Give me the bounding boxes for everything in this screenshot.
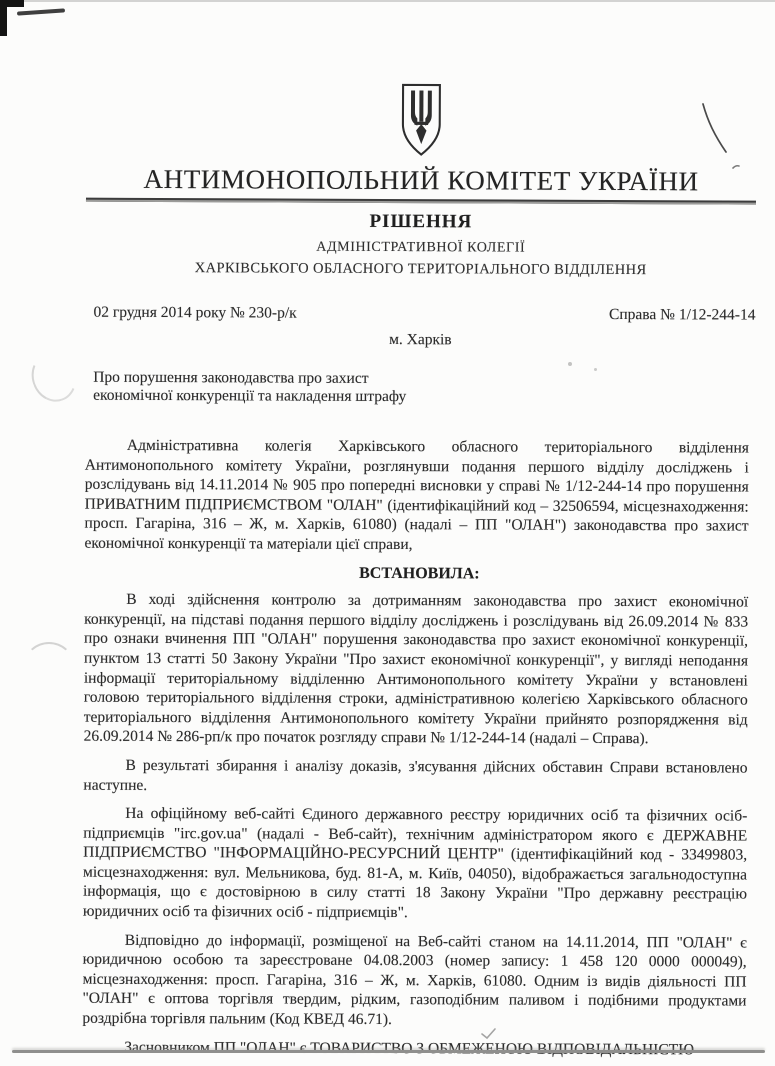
speck-mark (568, 362, 572, 366)
body-paragraph: Засновником ПП "ОЛАН" є ТОВАРИСТВО З ОБМ… (82, 1037, 746, 1059)
header-divider-rule (86, 198, 756, 205)
scanned-document-page: АНТИМОНОПОЛЬНИЙ КОМІТЕТ УКРАЇНИ РІШЕННЯ … (0, 0, 775, 1066)
collegium-line: АДМІНІСТРАТИВНОЇ КОЛЕГІЇ (86, 239, 756, 258)
subject-block: Про порушення законодавства про захист е… (85, 369, 755, 408)
smudge-mark (24, 642, 74, 688)
city-line: м. Харків (85, 330, 755, 351)
pen-stroke-mark (688, 96, 748, 191)
document-body: Адміністративна колегія Харківського обл… (82, 436, 755, 1060)
pen-tick-mark (480, 1027, 498, 1046)
body-paragraph: В результаті збирання і аналізу доказів,… (83, 756, 747, 798)
preamble-paragraph: Адміністративна колегія Харківського обл… (84, 436, 749, 556)
document-header: АНТИМОНОПОЛЬНИЙ КОМІТЕТ УКРАЇНИ РІШЕННЯ … (86, 81, 757, 280)
scan-bottom-edge-line (12, 1050, 765, 1053)
organization-title: АНТИМОНОПОЛЬНИЙ КОМІТЕТ УКРАЇНИ (86, 164, 756, 198)
date-and-number: 02 грудня 2014 року № 230-р/к (93, 304, 296, 323)
scan-corner-mark (0, 0, 24, 7)
body-paragraph: На офіційному веб-сайті Єдиного державно… (83, 804, 748, 924)
body-paragraph: Відповідно до інформації, розміщеної на … (82, 930, 746, 1031)
territorial-division-line: ХАРКІВСЬКОГО ОБЛАСНОГО ТЕРИТОРІАЛЬНОГО В… (86, 260, 756, 280)
case-number: Справа № 1/12-244-14 (609, 306, 756, 325)
document-type-heading: РІШЕННЯ (86, 210, 756, 235)
document-meta-row: 02 грудня 2014 року № 230-р/к Справа № 1… (85, 304, 755, 325)
established-heading: ВСТАНОВИЛА: (84, 562, 754, 585)
speck-mark (594, 368, 597, 371)
subject-line-2: економічної конкуренції та накладення шт… (93, 387, 755, 408)
body-paragraph: В ході здійснення контролю за дотримання… (84, 590, 749, 750)
ukraine-trident-emblem-icon (397, 82, 445, 163)
scan-top-edge-line (0, 0, 775, 2)
